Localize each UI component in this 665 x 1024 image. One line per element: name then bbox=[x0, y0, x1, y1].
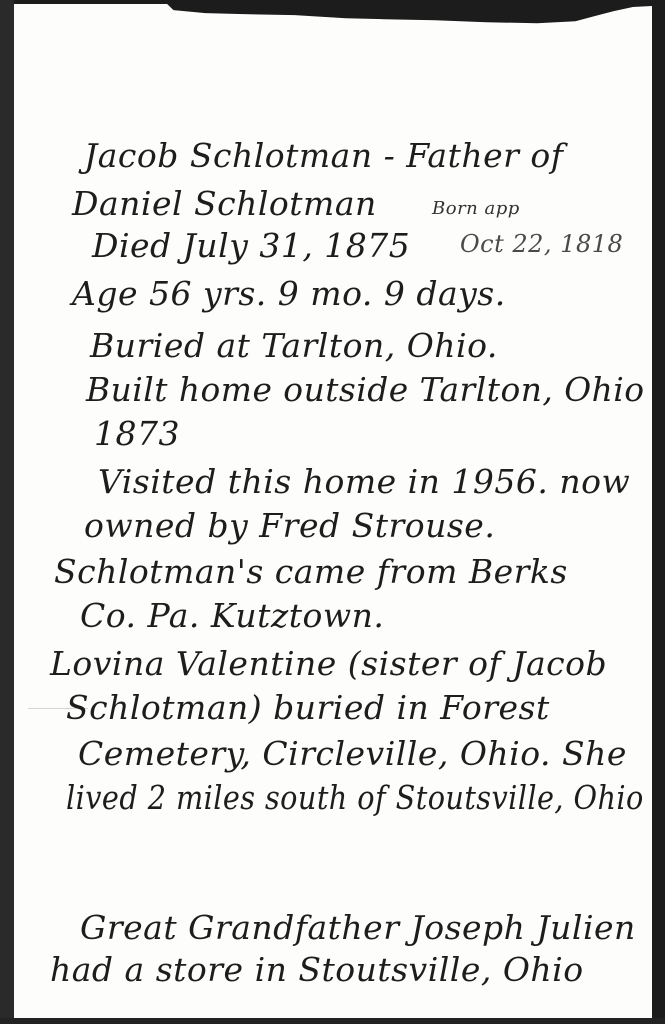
line-died: Died July 31, 1875 bbox=[92, 226, 410, 265]
scan-border-left bbox=[0, 0, 14, 1024]
line-buried-forest: Schlotman) buried in Forest bbox=[66, 688, 550, 727]
line-cemetery: Cemetery, Circleville, Ohio. She bbox=[78, 734, 627, 773]
line-daniel: Daniel Schlotman bbox=[72, 184, 377, 223]
annotation-born-label: Born app bbox=[432, 198, 520, 219]
line-lovina: Lovina Valentine (sister of Jacob bbox=[50, 644, 607, 683]
annotation-born-date: Oct 22, 1818 bbox=[460, 230, 623, 258]
document-scan: Jacob Schlotman - Father of Daniel Schlo… bbox=[0, 0, 665, 1024]
line-came-from: Schlotman's came from Berks bbox=[54, 552, 568, 591]
line-jacob-father: Jacob Schlotman - Father of bbox=[84, 136, 563, 175]
line-visited: Visited this home in 1956. now bbox=[98, 462, 630, 501]
line-great-grandfather: Great Grandfather Joseph Julien bbox=[80, 908, 636, 947]
line-store: had a store in Stoutsville, Ohio bbox=[50, 950, 584, 989]
line-age: Age 56 yrs. 9 mo. 9 days. bbox=[72, 274, 506, 313]
line-1873: 1873 bbox=[94, 414, 180, 453]
line-owned-by: owned by Fred Strouse. bbox=[84, 506, 495, 545]
paper-sheet: Jacob Schlotman - Father of Daniel Schlo… bbox=[14, 4, 652, 1018]
line-kutztown: Co. Pa. Kutztown. bbox=[80, 596, 384, 635]
scan-border-bottom bbox=[0, 1018, 665, 1024]
line-built-home: Built home outside Tarlton, Ohio bbox=[86, 370, 645, 409]
line-lived: lived 2 miles south of Stoutsville, Ohio bbox=[66, 778, 644, 817]
line-buried: Buried at Tarlton, Ohio. bbox=[90, 326, 498, 365]
